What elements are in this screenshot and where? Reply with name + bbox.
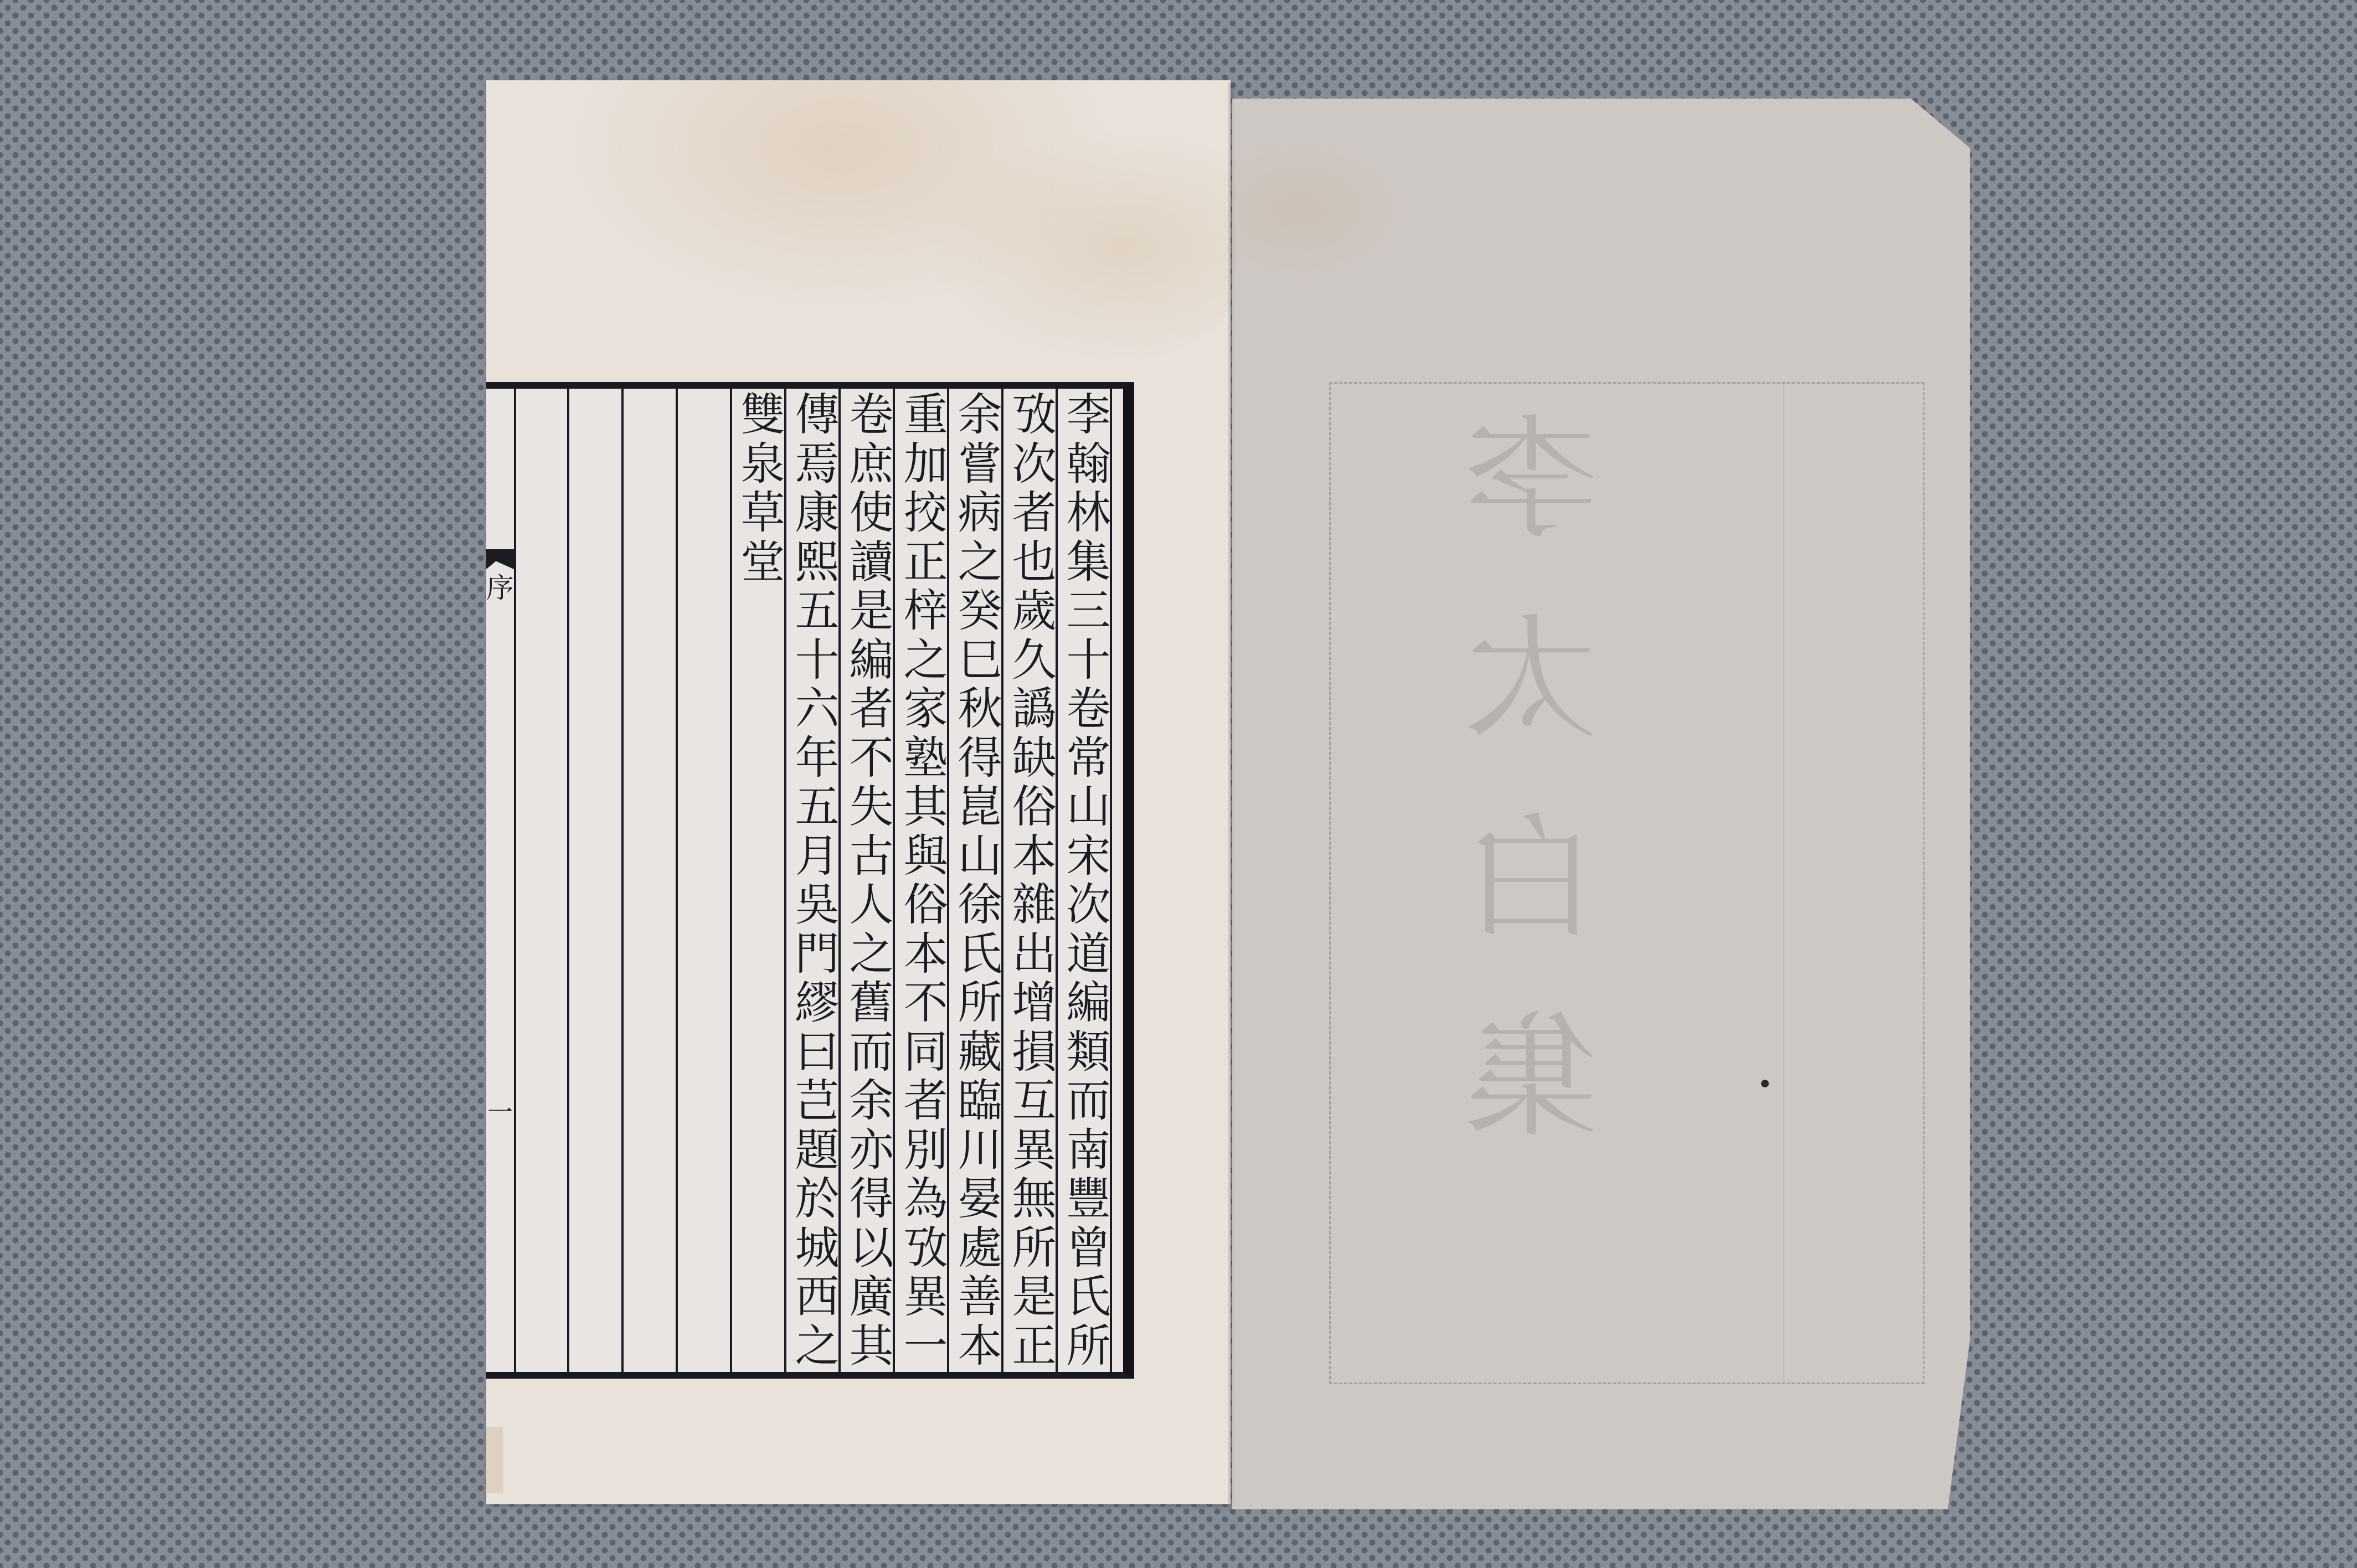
text-column-6: 傳焉康熙五十六年五月吳門繆曰芑題於城西之 bbox=[786, 391, 840, 1374]
left-page: 序 一 李翰林集三十卷常山宋次道編類而南豐曾氏所 攷次者也歲久譌缺俗本雜出增損互… bbox=[486, 80, 1231, 1504]
water-stain bbox=[1232, 99, 1520, 331]
ink-speck bbox=[1761, 1080, 1769, 1087]
fold-column: 序 一 bbox=[486, 389, 514, 1372]
fold-page-number: 一 bbox=[486, 1092, 514, 1128]
column-rule bbox=[514, 389, 516, 1372]
column-rule bbox=[621, 389, 624, 1372]
show-through-title: 李太白集 bbox=[1470, 409, 1614, 1206]
printed-text-frame: 序 一 李翰林集三十卷常山宋次道編類而南豐曾氏所 攷次者也歲久譌缺俗本雜出增損互… bbox=[486, 382, 1134, 1379]
show-through-rule bbox=[1783, 384, 1784, 1383]
fish-tail-icon bbox=[486, 549, 514, 569]
text-column-1: 李翰林集三十卷常山宋次道編類而南豐曾氏所 bbox=[1058, 391, 1111, 1374]
text-column-3: 余嘗病之癸巳秋得崑山徐氏所藏臨川晏處善本 bbox=[949, 391, 1002, 1374]
text-column-5: 卷庶使讀是編者不失古人之舊而余亦得以廣其 bbox=[841, 391, 894, 1374]
column-rule bbox=[567, 389, 569, 1372]
text-column-2: 攷次者也歲久譌缺俗本雜出增損互異無所是正 bbox=[1003, 391, 1057, 1374]
spine-shadow bbox=[1228, 83, 1236, 1506]
fold-section-title: 序 bbox=[486, 571, 514, 605]
right-page: 李太白集 bbox=[1232, 99, 1970, 1509]
show-through-frame bbox=[1329, 382, 1924, 1384]
repair-tape bbox=[486, 1427, 503, 1493]
water-stain bbox=[486, 80, 1231, 390]
column-rule bbox=[676, 389, 678, 1372]
text-column-4: 重加挍正梓之家塾其與俗本不同者別為攷異一 bbox=[895, 391, 948, 1374]
text-column-7: 雙泉草堂 bbox=[732, 391, 785, 1374]
